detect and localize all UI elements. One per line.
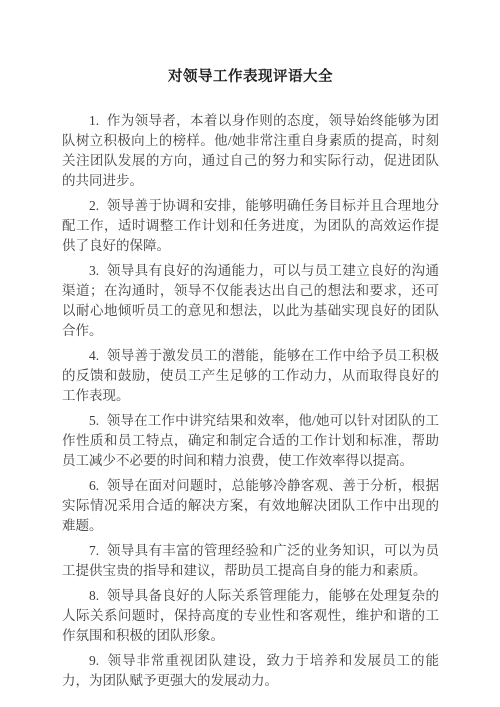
paragraph-7-number: 7. (89, 543, 99, 558)
paragraph-8-number: 8. (89, 588, 99, 603)
paragraph-5-number: 5. (89, 413, 99, 428)
paragraph-5: 5.领导在工作中讲究结果和效率，他/她可以针对团队的工作性质和员工特点，确定和制… (62, 411, 439, 471)
paragraph-2-text: 领导善于协调和安排，能够明确任务目标并且合理地分配工作，适时调整工作计划和任务进… (62, 198, 439, 253)
paragraph-6: 6.领导在面对问题时，总能够冷静客观、善于分析，根据实际情况采用合适的解决方案，… (62, 476, 439, 536)
paragraph-9-text: 领导非常重视团队建设，致力于培养和发展员工的能力，为团队赋予更强大的发展动力。 (62, 653, 439, 688)
paragraph-8-text: 领导具备良好的人际关系管理能力，能够在处理复杂的人际关系问题时，保持高度的专业性… (62, 588, 439, 643)
document-title: 对领导工作表现评语大全 (62, 67, 439, 87)
paragraph-4: 4.领导善于激发员工的潜能，能够在工作中给予员工积极的反馈和鼓励，使员工产生足够… (62, 346, 439, 406)
paragraph-9: 9.领导非常重视团队建设，致力于培养和发展员工的能力，为团队赋予更强大的发展动力… (62, 651, 439, 691)
document-body: 1.作为领导者，本着以身作则的态度，领导始终能够为团队树立积极向上的榜样。他/她… (62, 111, 439, 691)
paragraph-3: 3.领导具有良好的沟通能力，可以与员工建立良好的沟通渠道；在沟通时，领导不仅能表… (62, 261, 439, 341)
paragraph-5-text: 领导在工作中讲究结果和效率，他/她可以针对团队的工作性质和员工特点，确定和制定合… (62, 413, 439, 468)
paragraph-1: 1.作为领导者，本着以身作则的态度，领导始终能够为团队树立积极向上的榜样。他/她… (62, 111, 439, 191)
paragraph-1-number: 1. (89, 113, 99, 128)
paragraph-6-number: 6. (89, 478, 99, 493)
paragraph-7: 7.领导具有丰富的管理经验和广泛的业务知识，可以为员工提供宝贵的指导和建议，帮助… (62, 541, 439, 581)
paragraph-3-text: 领导具有良好的沟通能力，可以与员工建立良好的沟通渠道；在沟通时，领导不仅能表达出… (62, 263, 439, 338)
paragraph-2-number: 2. (89, 198, 99, 213)
paragraph-1-text: 作为领导者，本着以身作则的态度，领导始终能够为团队树立积极向上的榜样。他/她非常… (62, 113, 439, 188)
paragraph-2: 2.领导善于协调和安排，能够明确任务目标并且合理地分配工作，适时调整工作计划和任… (62, 196, 439, 256)
paragraph-9-number: 9. (89, 653, 99, 668)
paragraph-4-number: 4. (89, 348, 99, 363)
paragraph-8: 8.领导具备良好的人际关系管理能力，能够在处理复杂的人际关系问题时，保持高度的专… (62, 586, 439, 646)
paragraph-7-text: 领导具有丰富的管理经验和广泛的业务知识，可以为员工提供宝贵的指导和建议，帮助员工… (62, 543, 439, 578)
paragraph-4-text: 领导善于激发员工的潜能，能够在工作中给予员工积极的反馈和鼓励，使员工产生足够的工… (62, 348, 439, 403)
paragraph-3-number: 3. (89, 263, 99, 278)
document-page: 对领导工作表现评语大全 1.作为领导者，本着以身作则的态度，领导始终能够为团队树… (0, 0, 500, 707)
paragraph-6-text: 领导在面对问题时，总能够冷静客观、善于分析，根据实际情况采用合适的解决方案，有效… (62, 478, 439, 533)
